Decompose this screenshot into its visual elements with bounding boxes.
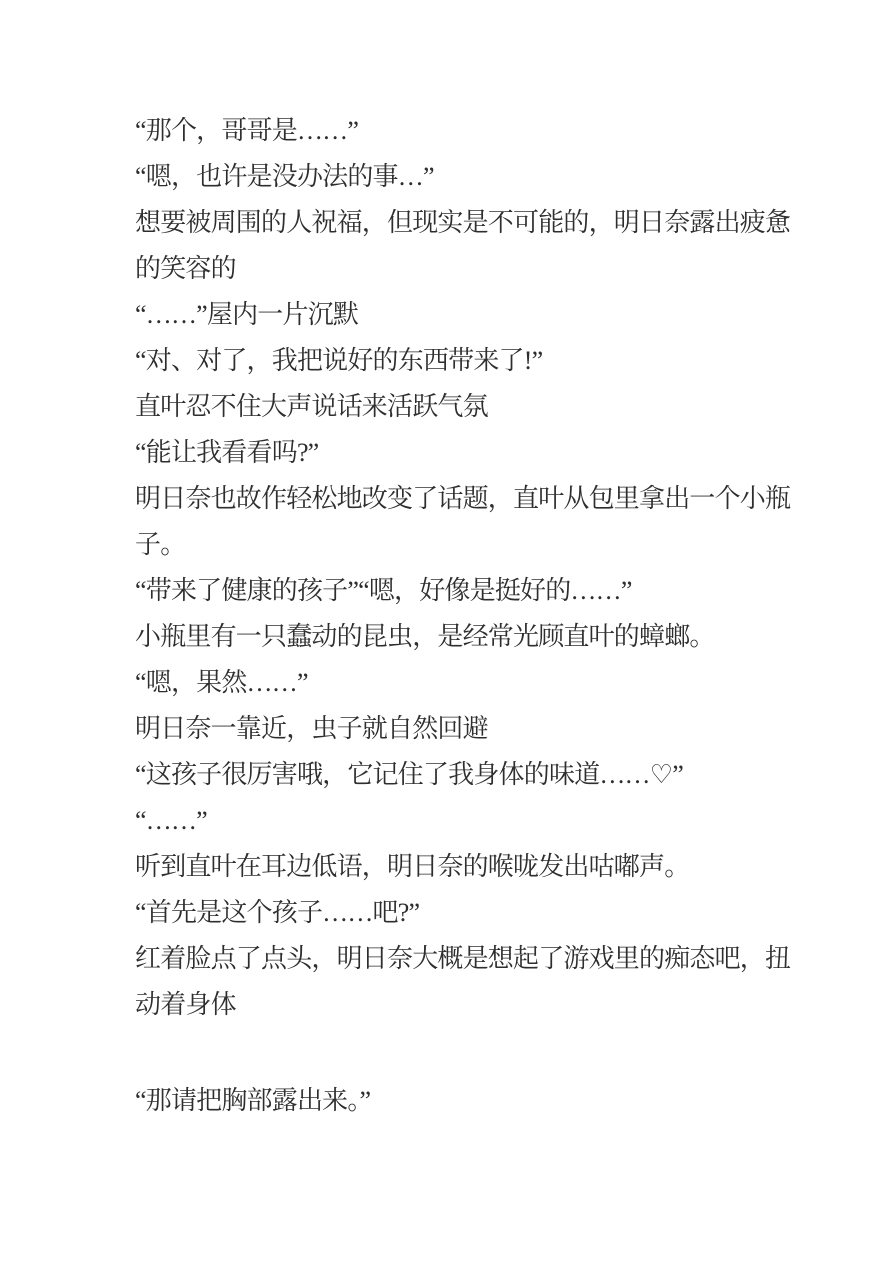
paragraph-line: “带来了健康的孩子”“嗯，好像是挺好的……” <box>135 568 791 614</box>
paragraph-line: “嗯，也许是没办法的事…” <box>135 154 791 200</box>
paragraph-line: 明日奈也故作轻松地改变了话题，直叶从包里拿出一个小瓶子。 <box>135 476 791 568</box>
paragraph-line: “那个，哥哥是……” <box>135 108 791 154</box>
paragraph-line: 想要被周围的人祝福，但现实是不可能的，明日奈露出疲惫的笑容的 <box>135 200 791 292</box>
paragraph-line: “能让我看看吗?” <box>135 430 791 476</box>
paragraph-line: 听到直叶在耳边低语，明日奈的喉咙发出咕嘟声。 <box>135 844 791 890</box>
text-content: “那个，哥哥是……” “嗯，也许是没办法的事…” 想要被周围的人祝福，但现实是不… <box>0 0 791 1124</box>
paragraph-line: “……”屋内一片沉默 <box>135 292 791 338</box>
paragraph-line: 红着脸点了点头，明日奈大概是想起了游戏里的痴态吧，扭动着身体 <box>135 936 791 1028</box>
paragraph-line: “嗯，果然……” <box>135 660 791 706</box>
paragraph-line: 小瓶里有一只蠢动的昆虫，是经常光顾直叶的蟑螂。 <box>135 614 791 660</box>
novel-page: “那个，哥哥是……” “嗯，也许是没办法的事…” 想要被周围的人祝福，但现实是不… <box>0 0 892 1262</box>
paragraph-line: 明日奈一靠近，虫子就自然回避 <box>135 706 791 752</box>
paragraph-line: “……” <box>135 798 791 844</box>
paragraph-line: “这孩子很厉害哦，它记住了我身体的味道……♡” <box>135 752 791 798</box>
paragraph-line: “那请把胸部露出来。” <box>135 1078 791 1124</box>
paragraph-line: 直叶忍不住大声说话来活跃气氛 <box>135 384 791 430</box>
paragraph-line: “对、对了，我把说好的东西带来了!” <box>135 338 791 384</box>
paragraph-line: “首先是这个孩子……吧?” <box>135 890 791 936</box>
